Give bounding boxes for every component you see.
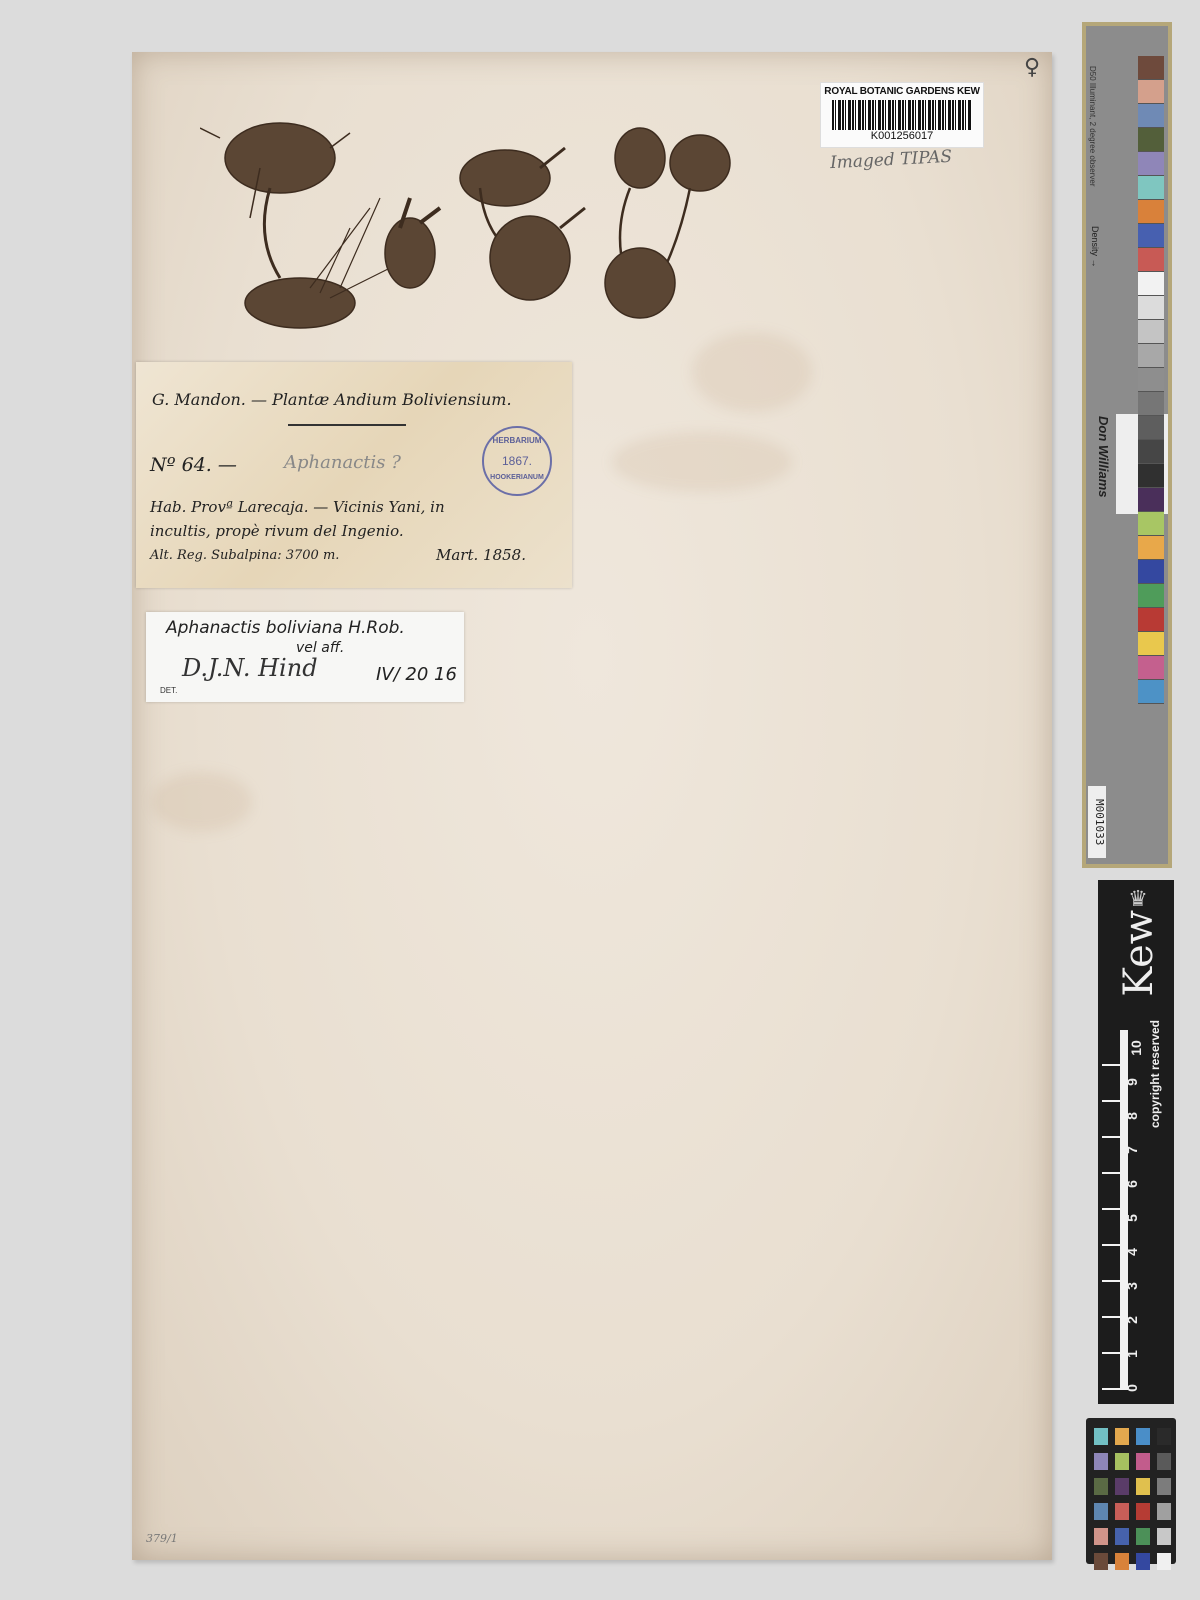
checker-cell <box>1094 1428 1108 1445</box>
checker-cell <box>1157 1453 1171 1470</box>
number-value: 64. — <box>182 454 237 476</box>
checker-cell <box>1115 1553 1129 1570</box>
ruler-tick-label: 8 <box>1124 1112 1140 1120</box>
plant-1-rosette-bottom <box>245 278 355 328</box>
color-swatch <box>1138 464 1164 488</box>
color-swatch <box>1138 104 1164 128</box>
checker-cell <box>1157 1478 1171 1495</box>
color-swatch <box>1138 536 1164 560</box>
color-calibration-strip: D50 Illuminant, 2 degree observer Densit… <box>1082 22 1172 868</box>
stain <box>152 772 252 832</box>
color-swatch <box>1138 440 1164 464</box>
copyright-text: copyright reserved <box>1148 1020 1162 1128</box>
color-swatch <box>1138 152 1164 176</box>
stamp-bottom: HOOKERIANUM <box>484 474 550 481</box>
color-swatch <box>1138 176 1164 200</box>
color-swatch <box>1138 608 1164 632</box>
checker-cell <box>1094 1453 1108 1470</box>
color-swatch <box>1138 272 1164 296</box>
institution-name: ROYAL BOTANIC GARDENS KEW <box>821 86 983 97</box>
color-swatch <box>1138 320 1164 344</box>
plant-1-rosette-top <box>225 123 335 193</box>
ruler-tick-label: 5 <box>1124 1214 1140 1222</box>
checker-cell <box>1136 1453 1150 1470</box>
color-swatch <box>1138 128 1164 152</box>
header-rule <box>288 424 406 426</box>
number-prefix: Nº <box>150 454 176 476</box>
color-swatch <box>1138 392 1164 416</box>
checker-cell <box>1157 1528 1171 1545</box>
corner-mark: ♀ <box>1024 55 1040 80</box>
checker-cell <box>1094 1553 1108 1570</box>
stamp-year: 1867. <box>484 454 550 468</box>
color-swatch <box>1138 368 1164 392</box>
color-swatch <box>1138 248 1164 272</box>
color-swatch <box>1138 80 1164 104</box>
altitude: Alt. Reg. Subalpina: 3700 m. <box>150 548 339 563</box>
herbarium-stamp: HERBARIUM 1867. HOOKERIANUM <box>482 426 552 496</box>
color-checker-card <box>1086 1418 1176 1564</box>
color-swatch <box>1138 344 1164 368</box>
checker-cell <box>1136 1503 1150 1520</box>
determination-slip: Aphanactis boliviana H.Rob. vel aff. D.J… <box>146 612 464 702</box>
barcode-label: ROYAL BOTANIC GARDENS KEW K001256017 <box>820 82 984 148</box>
genus-name: Aphanactis ? <box>284 452 401 473</box>
ruler-tick-label: 0 <box>1124 1384 1140 1392</box>
checker-cell <box>1115 1453 1129 1470</box>
checker-cell <box>1157 1503 1171 1520</box>
checker-cell <box>1136 1428 1150 1445</box>
ruler-tick-label: 1 <box>1124 1350 1140 1358</box>
collector-header: G. Mandon. — Plantæ Andium Boliviensium. <box>152 390 512 409</box>
color-swatch <box>1138 512 1164 536</box>
ruler-tick-label: 10 <box>1128 1040 1144 1056</box>
habitat-line-1: Hab. Provª Larecaja. — Vicinis Yani, in <box>150 498 445 516</box>
collector-label: G. Mandon. — Plantæ Andium Boliviensium.… <box>136 362 572 588</box>
stain <box>692 332 812 412</box>
kew-ruler: ♛ Kew copyright reserved 012345678910 <box>1098 880 1174 1404</box>
ruler-tick-label: 4 <box>1124 1248 1140 1256</box>
determination-date: IV/ 20 16 <box>376 664 457 685</box>
ruler-tick-label: 9 <box>1124 1078 1140 1086</box>
checker-cell <box>1157 1553 1171 1570</box>
checker-cell <box>1094 1478 1108 1495</box>
color-swatch <box>1138 656 1164 680</box>
checker-cell <box>1115 1528 1129 1545</box>
color-swatch <box>1138 296 1164 320</box>
ruler-tick-label: 6 <box>1124 1180 1140 1188</box>
determined-name: Aphanactis boliviana H.Rob. <box>166 618 405 638</box>
ruler-tick-label: 2 <box>1124 1316 1140 1324</box>
checker-cell <box>1136 1528 1150 1545</box>
barcode-number: K001256017 <box>821 130 983 142</box>
color-swatch <box>1138 56 1164 80</box>
checker-cell <box>1115 1428 1129 1445</box>
illuminant-label: D50 Illuminant, 2 degree observer <box>1088 66 1097 187</box>
checker-cell <box>1094 1528 1108 1545</box>
plant-specimens <box>200 108 760 338</box>
color-swatch <box>1138 632 1164 656</box>
strip-swatches <box>1138 56 1164 704</box>
color-swatch <box>1138 416 1164 440</box>
brand-label: Don Williams <box>1096 416 1111 498</box>
collection-date: Mart. 1858. <box>436 546 526 564</box>
color-swatch <box>1138 680 1164 704</box>
color-swatch <box>1138 488 1164 512</box>
color-swatch <box>1138 200 1164 224</box>
ruler-numbers: 012345678910 <box>1128 1030 1148 1390</box>
checker-cell <box>1136 1553 1150 1570</box>
collection-number: Nº 64. — <box>150 454 237 476</box>
strip-code: M001033 <box>1088 786 1106 858</box>
ruler-tick-label: 7 <box>1124 1146 1140 1154</box>
checker-cell <box>1157 1428 1171 1445</box>
barcode <box>832 100 972 130</box>
ruler-tick-label: 3 <box>1124 1282 1140 1290</box>
checker-cell <box>1115 1503 1129 1520</box>
checker-cell <box>1136 1478 1150 1495</box>
checker-grid <box>1094 1428 1171 1570</box>
color-swatch <box>1138 560 1164 584</box>
det-prefix: DET. <box>160 686 177 695</box>
color-swatch <box>1138 224 1164 248</box>
habitat-line-2: incultis, propè rivum del Ingenio. <box>150 522 404 540</box>
color-swatch <box>1138 584 1164 608</box>
density-label: Density → <box>1090 226 1100 268</box>
sheet-number-note: 379/1 <box>146 1532 178 1545</box>
stain <box>612 432 792 492</box>
kew-logo: Kew <box>1116 910 1162 997</box>
determiner-signature: D.J.N. Hind <box>182 654 318 682</box>
checker-cell <box>1094 1503 1108 1520</box>
checker-cell <box>1115 1478 1129 1495</box>
stamp-top: HERBARIUM <box>484 436 550 445</box>
